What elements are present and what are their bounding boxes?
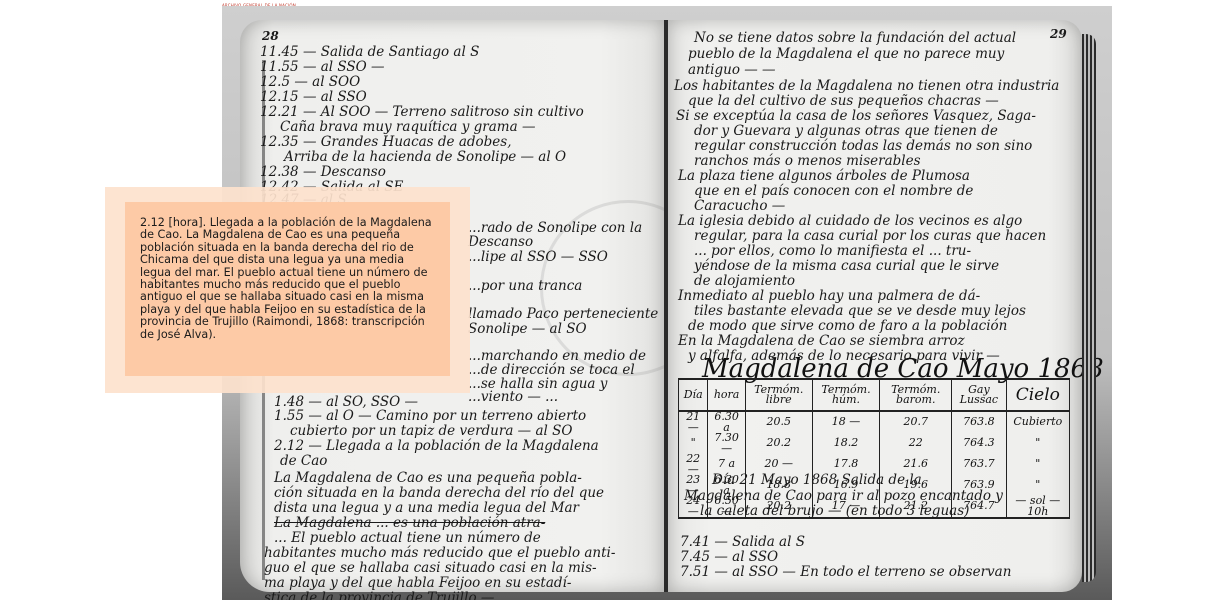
column-header: Termóm. barom. (880, 379, 952, 411)
table-cell: 20.7 (880, 411, 952, 433)
table-cell: " (1006, 433, 1069, 454)
handwritten-line: 2.12 — Llegada a la población de la Magd… (274, 440, 599, 454)
handwritten-line: La iglesia debido al cuidado de los veci… (678, 215, 1022, 229)
handwritten-line: 12.15 — al SSO (260, 91, 367, 105)
table-cell: 763.7 (952, 454, 1007, 475)
table-cell: 22 (880, 433, 952, 454)
page-number-right: 29 (1050, 28, 1067, 40)
handwritten-line: de alojamiento (694, 275, 795, 289)
column-header: Cielo (1006, 379, 1069, 411)
table-cell: 764.3 (952, 433, 1007, 454)
table-cell: " (1006, 454, 1069, 475)
handwritten-line: Inmediato al pueblo hay una palmera de d… (678, 290, 980, 304)
column-header: Día (679, 379, 708, 411)
table-cell: 6.30 a (708, 411, 745, 433)
column-header: Termóm. húm. (812, 379, 880, 411)
table-row: 21 — 6.30 a 20.5 18 — 20.7 763.8 Cubiert… (679, 411, 1070, 433)
table-cell: 20.2 (745, 433, 812, 454)
handwritten-line: La plaza tiene algunos árboles de Plumos… (678, 170, 970, 184)
handwritten-line: ...viento — ... (468, 391, 558, 405)
handwritten-line: Caña brava muy raquítica y grama — (280, 121, 535, 135)
handwritten-line: la caleta del brujo — (en todo 3 leguas) (700, 505, 969, 519)
handwritten-line: 7.45 — al SSO (680, 551, 778, 565)
handwritten-line: de Cao (280, 455, 327, 469)
handwritten-line: regular, para la casa curial por los cur… (694, 230, 1046, 244)
handwritten-line-struck: La Magdalena ... es una población atra- (274, 517, 545, 531)
handwritten-line: 7.51 — al SSO — En todo el terreno se ob… (680, 566, 1011, 580)
handwritten-line: ma playa y del que habla Feijoo en su es… (264, 577, 571, 591)
table-row: " 7.30 — 20.2 18.2 22 764.3 " (679, 433, 1070, 454)
handwritten-line: 11.45 — Salida de Santiago al S (260, 46, 479, 60)
handwritten-line: tiles bastante elevada que se ve desde m… (694, 305, 1026, 319)
handwritten-line: No se tiene datos sobre la fundación del… (694, 32, 1016, 46)
handwritten-line: pueblo de la Magdalena el que no parece … (688, 48, 1004, 62)
handwritten-line: Magdalena de Cao para ir al pozo encanta… (684, 490, 1003, 504)
handwritten-line: guo el que se hallaba casi situado casi … (264, 562, 597, 576)
handwritten-line: antiguo — — (688, 64, 776, 78)
handwritten-line: ... por ellos, como lo manifiesta el ...… (694, 245, 971, 259)
handwritten-line: Descanso (468, 236, 533, 250)
table-cell: 21 — (679, 411, 708, 433)
handwritten-line: 12.38 — Descanso (260, 166, 386, 180)
page-edges (1082, 34, 1096, 582)
handwritten-line: Sonolipe — al SO (468, 323, 587, 337)
table-cell: 20.5 (745, 411, 812, 433)
handwritten-line: Si se exceptúa la casa de los señores Va… (676, 110, 1036, 124)
handwritten-line: ranchos más o menos miserables (694, 155, 921, 169)
handwritten-line: 12.21 — Al SOO — Terreno salitroso sin c… (260, 106, 584, 120)
handwritten-line: 1.55 — al O — Camino por un terreno abie… (274, 410, 586, 424)
table-cell: 18 — (812, 411, 880, 433)
table-cell: — sol — 10h (1006, 496, 1069, 518)
handwritten-line: de modo que sirve como de faro a la pobl… (688, 320, 1007, 334)
table-cell: 22 — (679, 454, 708, 475)
handwritten-line: 11.55 — al SSO — (260, 61, 385, 75)
handwritten-line: que en el país conocen con el nombre de (694, 185, 973, 199)
column-header: Gay Lussac (952, 379, 1007, 411)
handwritten-line: Los habitantes de la Magdalena no tienen… (674, 80, 1059, 94)
page-number-left: 28 (262, 30, 279, 42)
table-cell: 18.2 (812, 433, 880, 454)
handwritten-line: ...por una tranca (468, 280, 582, 294)
handwritten-line: ... El pueblo actual tiene un número de (274, 532, 541, 546)
handwritten-line: dor y Guevara y algunas otras que tienen… (694, 125, 998, 139)
transcription-note: 2.12 [hora]. Llegada a la población de l… (125, 202, 450, 376)
handwritten-line: En la Magdalena de Cao se siembra arroz (678, 335, 965, 349)
handwritten-line: 7.41 — Salida al S (680, 536, 805, 550)
handwritten-line: cubierto por un tapiz de verdura — al SO (290, 425, 572, 439)
handwritten-line: habitantes mucho más reducido que el pue… (264, 547, 615, 561)
table-cell: " (1006, 475, 1069, 496)
table-cell: 763.8 (952, 411, 1007, 433)
table-cell: Cubierto (1006, 411, 1069, 433)
handwritten-line: Arriba de la hacienda de Sonolipe — al O (284, 151, 566, 165)
handwritten-line: dista una legua y a una media legua del … (274, 502, 579, 516)
handwritten-line: 12.35 — Grandes Huacas de adobes, (260, 136, 512, 150)
table-cell: 7.30 — (708, 433, 745, 454)
handwritten-line: stica de la provincia de Trujillo — (264, 592, 494, 600)
handwritten-line: ción situada en la banda derecha del río… (274, 487, 604, 501)
handwritten-line: que la del cultivo de sus pequeños chacr… (688, 95, 999, 109)
handwritten-line: Día 21 Mayo 1868 Salida de la (712, 474, 922, 488)
table-header-row: Día hora Termóm. libre Termóm. húm. Term… (679, 379, 1070, 411)
column-header: Termóm. libre (745, 379, 812, 411)
handwritten-line: ...lipe al SSO — SSO (468, 251, 608, 265)
handwritten-line: regular construcción todas las demás no … (694, 140, 1032, 154)
handwritten-line: 12.5 — al SOO (260, 76, 360, 90)
handwritten-line: Caracucho — (694, 200, 785, 214)
handwritten-line: La Magdalena de Cao es una pequeña pobla… (274, 472, 582, 486)
column-header: hora (708, 379, 745, 411)
handwritten-line: llamado Paco perteneciente (468, 308, 658, 322)
handwritten-line: yéndose de la misma casa curial que le s… (694, 260, 999, 274)
table-cell: " (679, 433, 708, 454)
